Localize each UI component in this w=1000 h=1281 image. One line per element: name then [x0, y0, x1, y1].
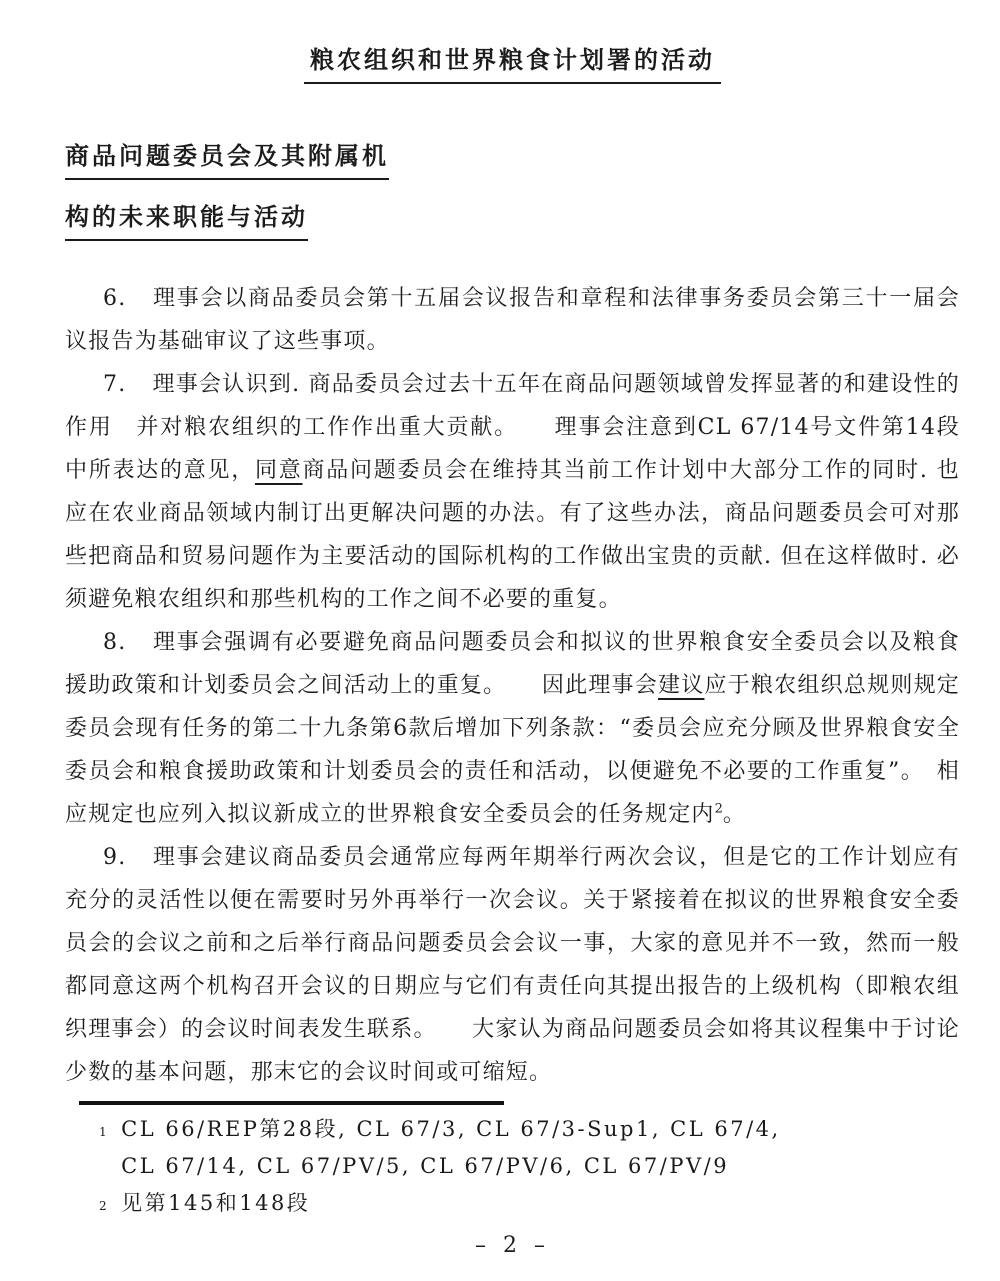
paragraph-7: 7.理事会认识到. 商品委员会过去十五年在商品问题领域曾发挥显著的和建设性的作用…	[65, 363, 960, 621]
paragraph-7-underlined-term: 同意	[255, 458, 303, 483]
paragraph-6-text: 理事会以商品委员会第十五届会议报告和章程和法律事务委员会第三十一届会议报告为基础…	[65, 286, 960, 354]
footnotes: 1 CL 66/REP第28段, CL 67/3, CL 67/3-Sup1, …	[65, 1111, 960, 1225]
footnote-1-line-1: CL 66/REP第28段, CL 67/3, CL 67/3-Sup1, CL…	[121, 1111, 960, 1148]
footnote-1-marker: 1	[99, 1111, 121, 1151]
footnote-2-line-1: 见第145和148段	[121, 1185, 960, 1222]
title-block: 粮农组织和世界粮食计划署的活动	[65, 40, 960, 84]
footnote-2-reference-mark: 2	[715, 802, 723, 817]
footnote-separator-rule	[79, 1101, 504, 1105]
paragraph-7-number: 7.	[65, 372, 152, 397]
paragraph-6-number: 6.	[65, 286, 152, 311]
paragraph-6: 6.理事会以商品委员会第十五届会议报告和章程和法律事务委员会第三十一届会议报告为…	[65, 277, 960, 363]
section-heading-line-1: 商品问题委员会及其附属机	[65, 136, 960, 180]
paragraph-9: 9.理事会建议商品委员会通常应每两年期举行两次会议，但是它的工作计划应有充分的灵…	[65, 836, 960, 1094]
section-heading-text-1: 商品问题委员会及其附属机	[65, 136, 389, 180]
body-text: 6.理事会以商品委员会第十五届会议报告和章程和法律事务委员会第三十一届会议报告为…	[65, 277, 960, 1094]
page-title: 粮农组织和世界粮食计划署的活动	[304, 40, 721, 84]
footnote-2: 2 见第145和148段	[99, 1185, 960, 1225]
paragraph-8: 8.理事会强调有必要避免商品问题委员会和拟议的世界粮食安全委员会以及粮食援助政策…	[65, 621, 960, 836]
footnote-1: 1 CL 66/REP第28段, CL 67/3, CL 67/3-Sup1, …	[99, 1111, 960, 1185]
footnote-2-marker: 2	[99, 1185, 121, 1225]
footnote-1-line-2: CL 67/14, CL 67/PV/5, CL 67/PV/6, CL 67/…	[121, 1148, 960, 1185]
page-number: – 2 –	[65, 1233, 960, 1258]
paragraph-8-text-c: 。	[723, 802, 746, 827]
paragraph-8-number: 8.	[65, 630, 152, 655]
paragraph-9-number: 9.	[65, 845, 152, 870]
document-page: 粮农组织和世界粮食计划署的活动 商品问题委员会及其附属机 构的未来职能与活动 6…	[0, 0, 1000, 1281]
paragraph-9-text: 理事会建议商品委员会通常应每两年期举行两次会议，但是它的工作计划应有充分的灵活性…	[65, 845, 960, 1085]
paragraph-8-underlined-term: 建议	[658, 673, 704, 698]
section-heading-text-2: 构的未来职能与活动	[65, 197, 308, 241]
footnote-2-body: 见第145和148段	[121, 1185, 960, 1222]
section-heading: 商品问题委员会及其附属机 构的未来职能与活动	[65, 136, 960, 241]
section-heading-line-2: 构的未来职能与活动	[65, 197, 960, 241]
footnote-1-body: CL 66/REP第28段, CL 67/3, CL 67/3-Sup1, CL…	[121, 1111, 960, 1185]
